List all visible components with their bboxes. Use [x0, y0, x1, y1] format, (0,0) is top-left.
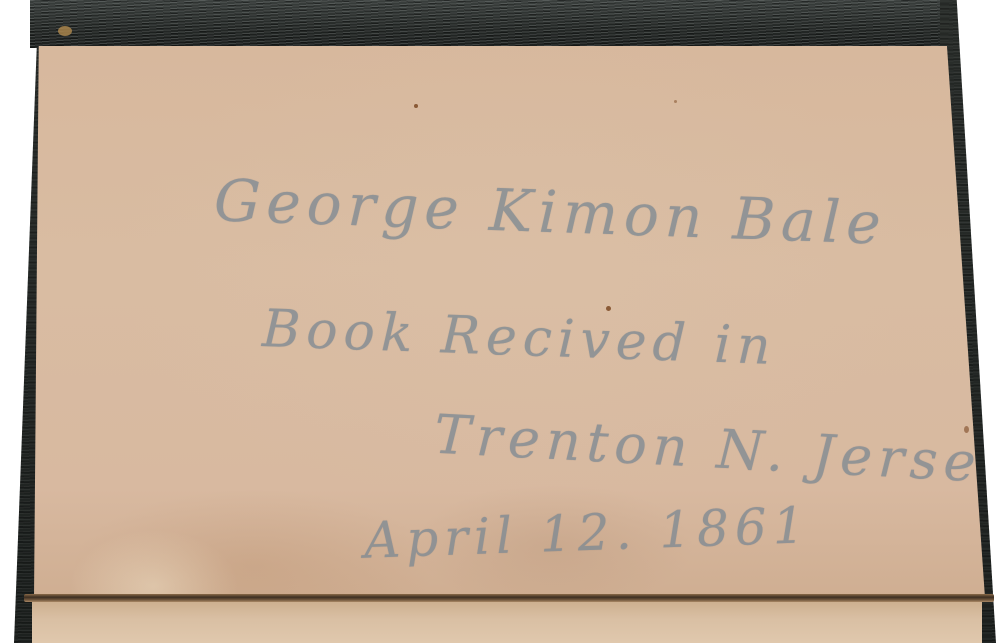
inscription-place: Trenton N. Jersey: [433, 403, 1000, 497]
book-photo: George Kimon Bale Book Recived in Trento…: [0, 0, 1000, 643]
cover-wear-spot: [58, 26, 72, 36]
inscription-name: George Kimon Bale: [213, 166, 888, 257]
inscription-received: Book Recived in: [261, 299, 777, 377]
foxing-spot: [414, 104, 418, 108]
foxing-spot: [674, 100, 677, 103]
lower-page-edge: [32, 602, 982, 643]
page-fold-crease: [24, 594, 994, 602]
inscription-date: April 12. 1861: [363, 496, 811, 570]
cloth-binding-top: [30, 0, 940, 48]
inside-page: George Kimon Bale Book Recived in Trento…: [34, 46, 985, 598]
